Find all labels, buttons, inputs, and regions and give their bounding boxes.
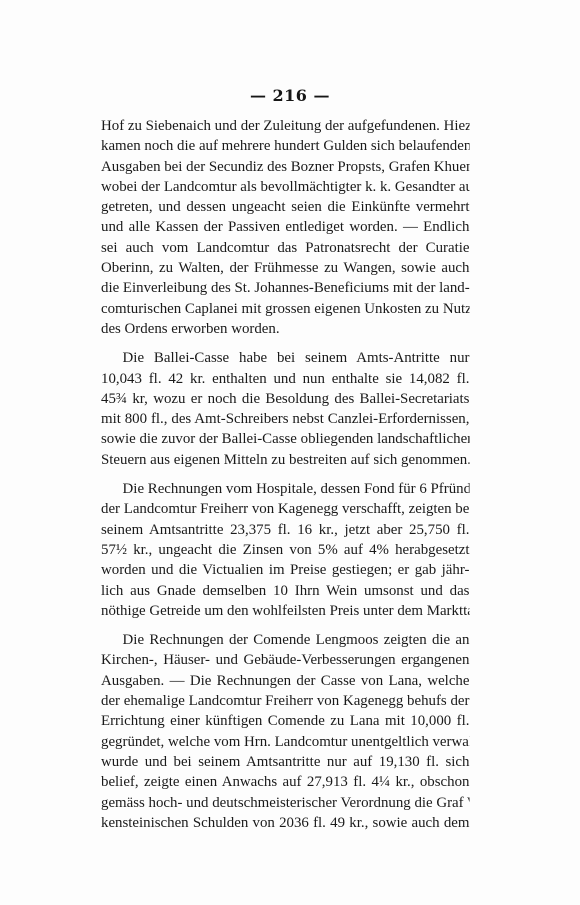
text-line: Ausgaben. — Die Rechnungen der Casse von… [101, 671, 469, 691]
text-line: kensteinischen Schulden von 2036 fl. 49 … [101, 813, 469, 833]
text-line: seinem Amtsantritte 23,375 fl. 16 kr., j… [101, 520, 469, 540]
text-line: und alle Kassen der Passiven entlediget … [101, 217, 469, 237]
text-line: der Landcomtur Freiherr von Kagenegg ver… [101, 499, 469, 519]
text-line: Oberinn, zu Walten, der Frühmesse zu Wan… [101, 258, 469, 278]
text-line: 45¾ kr, wozu er noch die Besoldung des B… [101, 389, 469, 409]
paragraph-gap [101, 339, 469, 348]
text-line: 10,043 fl. 42 kr. enthalten und nun enth… [101, 369, 469, 389]
text-line: comturischen Caplanei mit grossen eigene… [101, 299, 469, 319]
text-line: 57½ kr., ungeacht die Zinsen von 5% auf … [101, 540, 469, 560]
text-line: nöthige Getreide um den wohlfeilsten Pre… [101, 601, 469, 621]
text-line: sowie die zuvor der Ballei-Casse obliege… [101, 429, 469, 449]
text-line: worden und die Victualien im Preise gest… [101, 560, 469, 580]
text-line: Steuern aus eigenen Mitteln zu bestreite… [101, 450, 469, 470]
paragraph-gap [101, 621, 469, 630]
text-line: getreten, und dessen ungeacht seien die … [101, 197, 469, 217]
text-line: Ausgaben bei der Secundiz des Bozner Pro… [101, 157, 469, 177]
text-line: lich aus Gnade demselben 10 Ihrn Wein um… [101, 581, 469, 601]
page-body-text: Hof zu Siebenaich und der Zuleitung der … [101, 116, 469, 833]
text-line: des Ordens erworben worden. [101, 319, 469, 339]
text-line: sei auch vom Landcomtur das Patronatsrec… [101, 238, 469, 258]
text-line: Die Ballei-Casse habe bei seinem Amts-An… [101, 348, 469, 368]
text-line: kamen noch die auf mehrere hundert Gulde… [101, 136, 469, 156]
paragraph-1: Hof zu Siebenaich und der Zuleitung der … [101, 116, 469, 339]
paragraph-4: Die Rechnungen der Comende Lengmoos zeig… [101, 630, 469, 833]
paragraph-3: Die Rechnungen vom Hospitale, dessen Fon… [101, 479, 469, 621]
text-line: mit 800 fl., des Amt-Schreibers nebst Ca… [101, 409, 469, 429]
text-line: gegründet, welche vom Hrn. Landcomtur un… [101, 732, 469, 752]
text-line: Die Rechnungen vom Hospitale, dessen Fon… [101, 479, 469, 499]
text-line: wurde und bei seinem Amtsantritte nur au… [101, 752, 469, 772]
book-page: — 216 — Hof zu Siebenaich und der Zuleit… [0, 0, 580, 905]
text-line: Errichtung einer künftigen Comende zu La… [101, 711, 469, 731]
text-line: belief, zeigte einen Anwachs auf 27,913 … [101, 772, 469, 792]
text-line: wobei der Landcomtur als bevollmächtigte… [101, 177, 469, 197]
text-line: die Einverleibung des St. Johannes-Benef… [101, 278, 469, 298]
paragraph-gap [101, 470, 469, 479]
paragraph-2: Die Ballei-Casse habe bei seinem Amts-An… [101, 348, 469, 470]
text-line: Hof zu Siebenaich und der Zuleitung der … [101, 116, 469, 136]
page-number: — 216 — [0, 86, 580, 105]
text-line: Die Rechnungen der Comende Lengmoos zeig… [101, 630, 469, 650]
text-line: gemäss hoch- und deutschmeisterischer Ve… [101, 793, 469, 813]
text-line: Kirchen-, Häuser- und Gebäude-Verbesseru… [101, 650, 469, 670]
text-line: der ehemalige Landcomtur Freiherr von Ka… [101, 691, 469, 711]
